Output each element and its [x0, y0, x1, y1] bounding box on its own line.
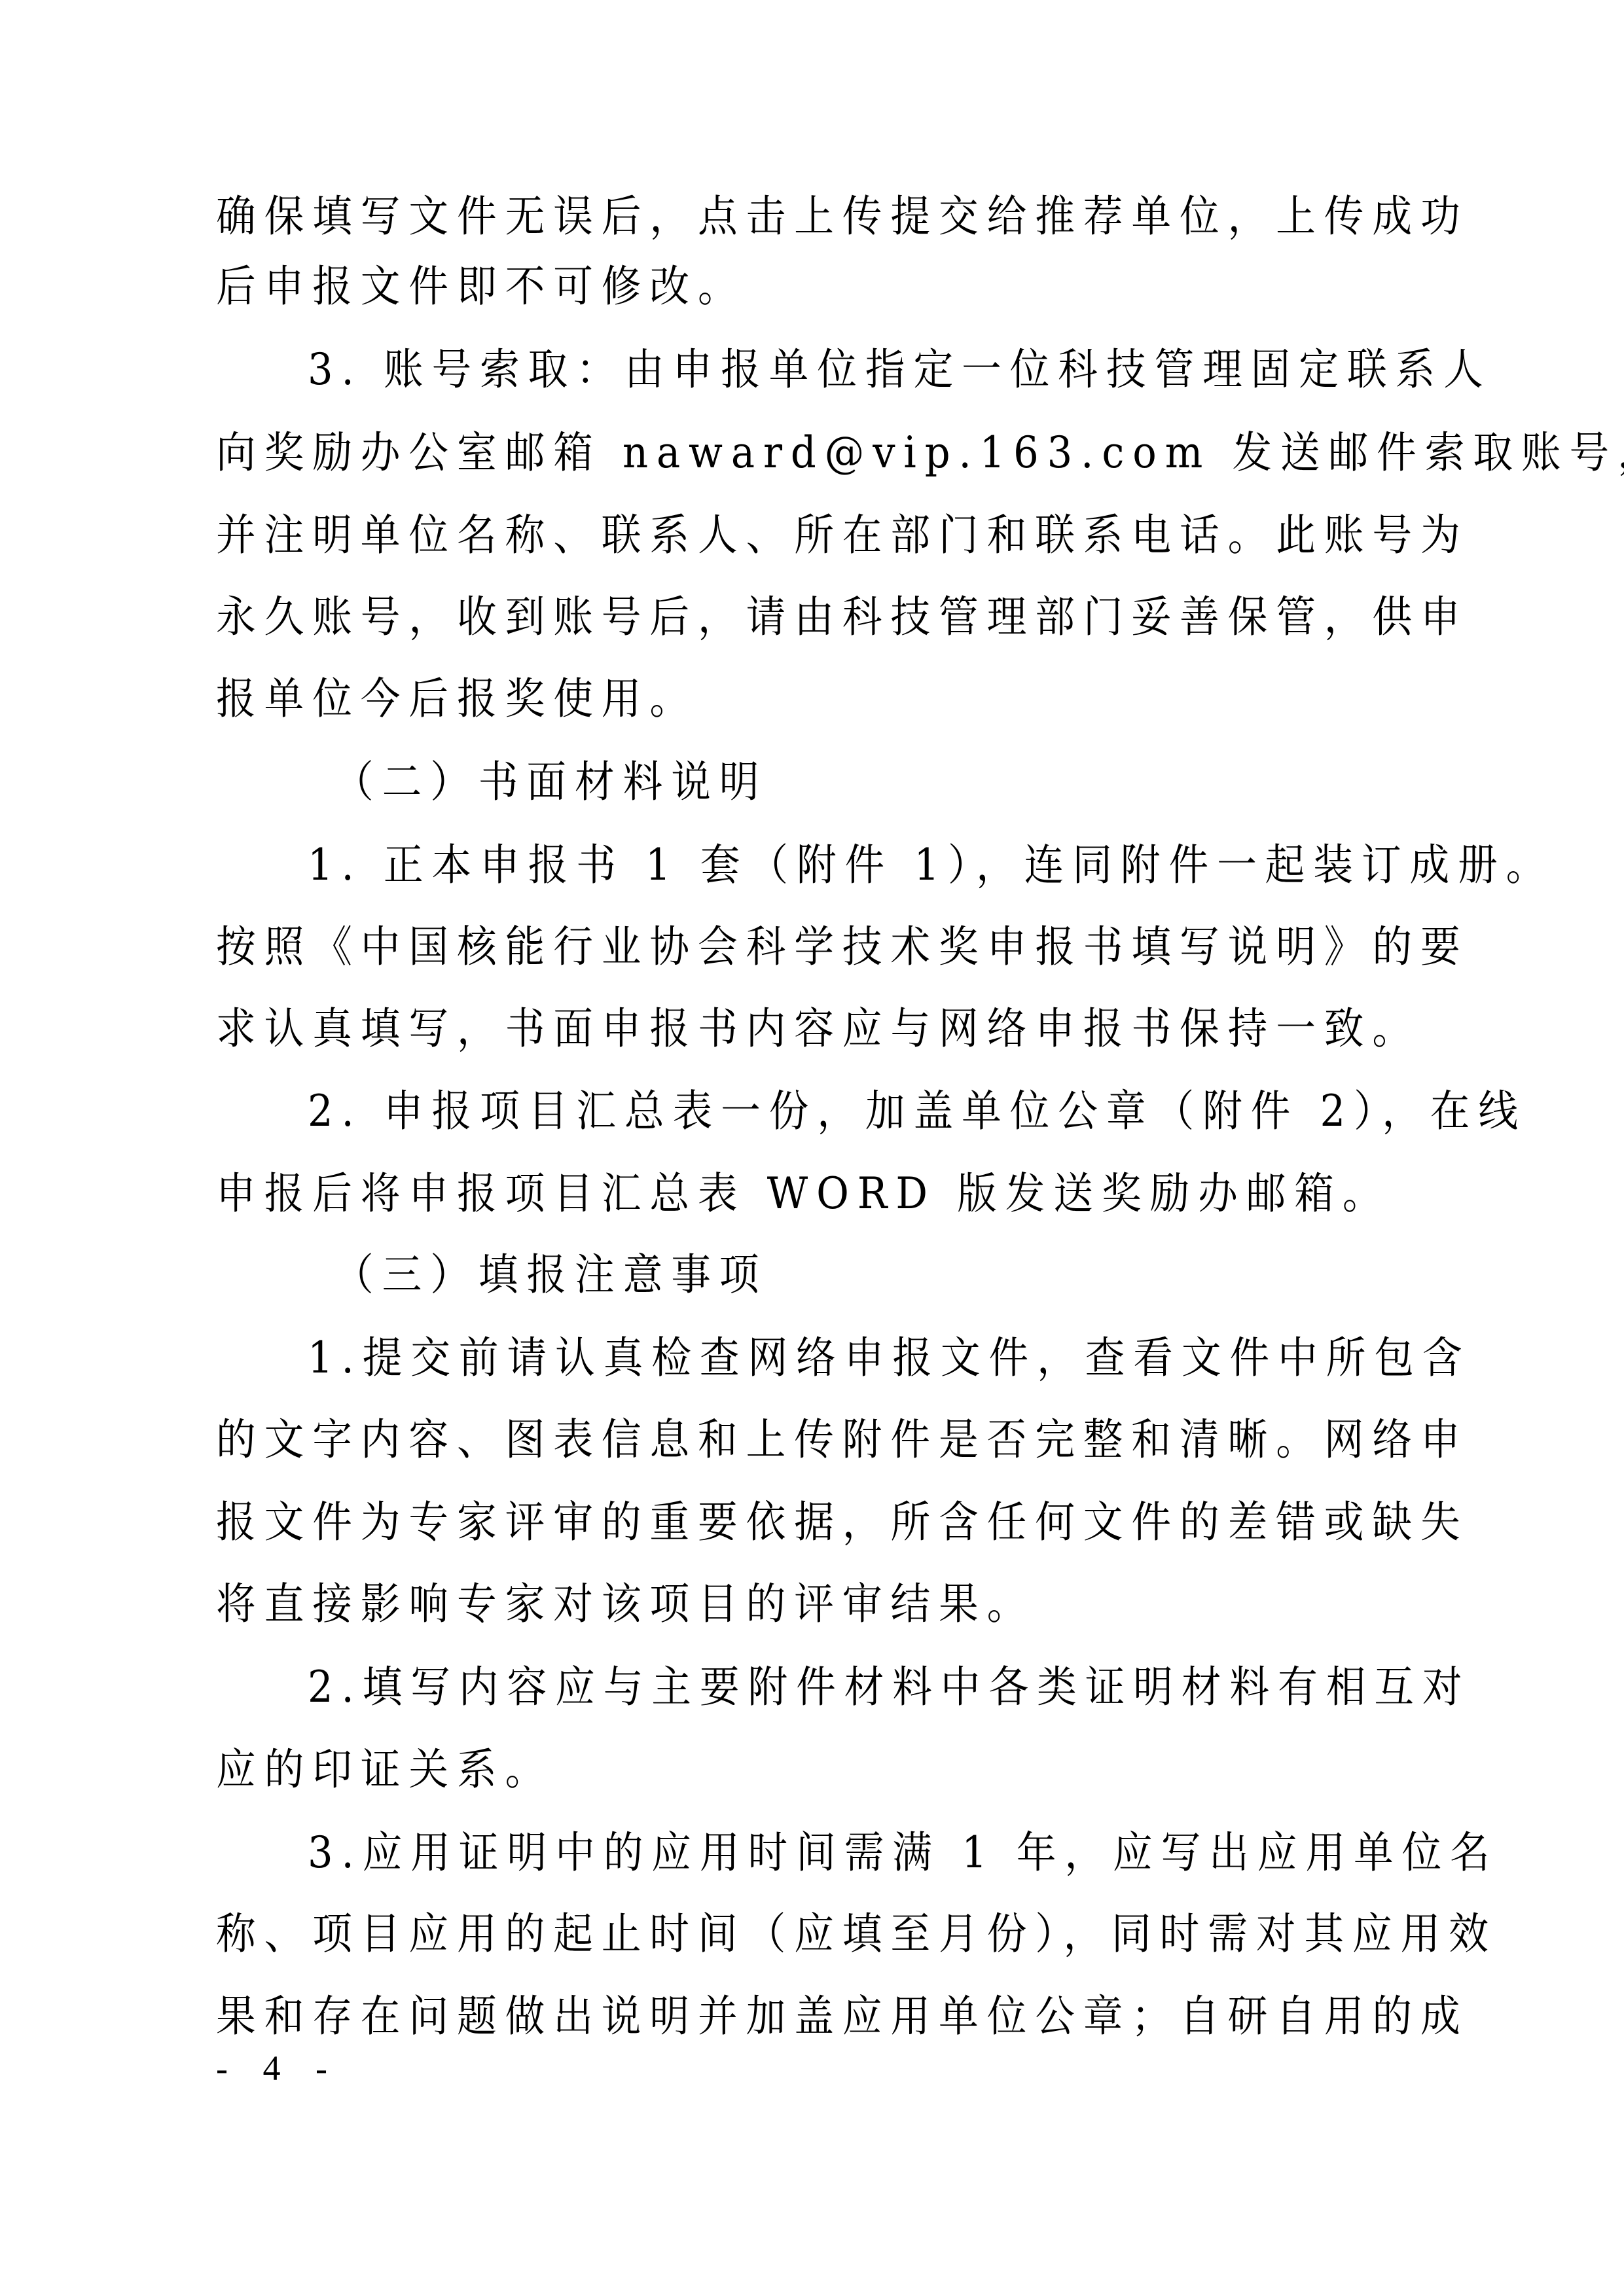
page-number: - 4 - [216, 2045, 340, 2091]
account-request-item: 3. 账号索取：由申报单位指定一位科技管理固定联系人 [308, 340, 1403, 399]
paragraph-line: 按照《中国核能行业协会科学技术奖申报书填写说明》的要 [216, 918, 1312, 977]
document-page: 确保填写文件无误后，点击上传提交给推荐单位，上传成功 后申报文件即不可修改。 3… [0, 0, 1624, 2296]
paragraph-line: 的文字内容、图表信息和上传附件是否完整和清晰。网络申 [216, 1410, 1312, 1469]
paragraph-line: 并注明单位名称、联系人、所在部门和联系电话。此账号为 [216, 506, 1312, 565]
paragraph-line: 果和存在问题做出说明并加盖应用单位公章；自研自用的成 [216, 1987, 1312, 2046]
paragraph-line: 后申报文件即不可修改。 [216, 257, 1312, 316]
paragraph-line: 称、项目应用的起止时间（应填至月份），同时需对其应用效 [216, 1905, 1312, 1964]
paragraph-line: 确保填写文件无误后，点击上传提交给推荐单位，上传成功 [216, 187, 1312, 246]
paragraph-line-with-email: 向奖励办公室邮箱 naward@vip.163.com 发送邮件索取账号， [216, 423, 1312, 482]
filing-notes-item-1: 1.提交前请认真检查网络申报文件，查看文件中所包含 [308, 1329, 1403, 1388]
paragraph-line: 报文件为专家评审的重要依据，所含任何文件的差错或缺失 [216, 1493, 1312, 1552]
paragraph-line: 将直接影响专家对该项目的评审结果。 [216, 1575, 1312, 1634]
paragraph-line: 应的印证关系。 [216, 1740, 1312, 1799]
section-heading-filing-notes: （三）填报注意事项 [334, 1246, 1430, 1304]
written-materials-item-1: 1. 正本申报书 1 套（附件 1），连同附件一起装订成册。 [308, 836, 1403, 895]
paragraph-line: 求认真填写，书面申报书内容应与网络申报书保持一致。 [216, 999, 1312, 1058]
section-heading-written-materials: （二）书面材料说明 [334, 753, 1430, 812]
paragraph-line: 永久账号，收到账号后，请由科技管理部门妥善保管，供申 [216, 588, 1312, 647]
filing-notes-item-2: 2.填写内容应与主要附件材料中各类证明材料有相互对 [308, 1658, 1403, 1717]
filing-notes-item-3: 3.应用证明中的应用时间需满 1 年，应写出应用单位名 [308, 1823, 1403, 1882]
written-materials-item-2: 2. 申报项目汇总表一份，加盖单位公章（附件 2），在线 [308, 1082, 1403, 1141]
paragraph-line: 申报后将申报项目汇总表 WORD 版发送奖励办邮箱。 [216, 1164, 1312, 1223]
paragraph-line: 报单位今后报奖使用。 [216, 670, 1312, 728]
